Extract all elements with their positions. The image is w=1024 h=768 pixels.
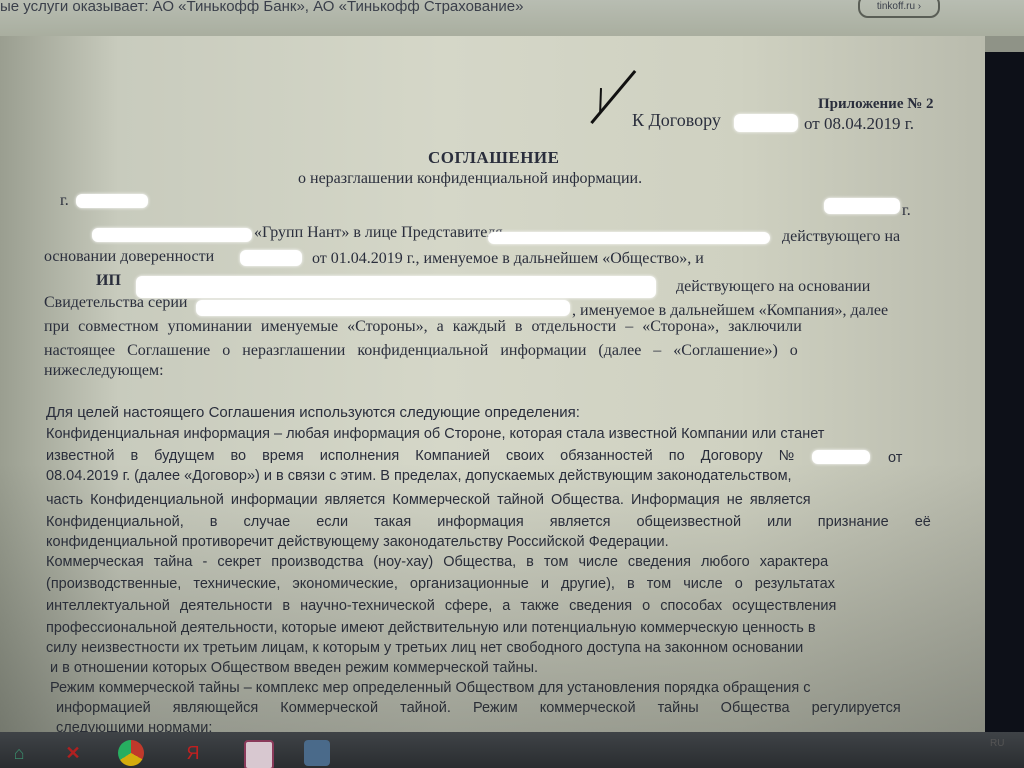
document-subtitle: о неразглашении конфиденциальной информа…	[298, 170, 642, 188]
party-line-4: Свидетельства серии	[44, 294, 187, 312]
party-line-1b: действующего на	[782, 228, 900, 246]
tinkoff-link[interactable]: tinkoff.ru ›	[858, 0, 940, 18]
document-page: Приложение № 2 К Договору от 08.04.2019 …	[0, 36, 985, 748]
contract-ref-date: от 08.04.2019 г.	[804, 114, 914, 134]
redaction	[136, 276, 656, 298]
banner-text: ые услуги оказывает: АО «Тинькофф Банк»,…	[0, 0, 523, 15]
redaction	[240, 250, 302, 266]
trade-line-4: профессиональной деятельности, которые и…	[46, 620, 816, 636]
taskbar: ⌂ ✕ Я RU	[0, 732, 1024, 768]
chrome-icon[interactable]	[118, 740, 144, 766]
redaction	[812, 450, 870, 464]
trade-line-6: и в отношении которых Обществом введен р…	[50, 660, 538, 676]
conf-line-6: конфиденциальной противоречит действующе…	[46, 534, 669, 550]
city-prefix: г.	[60, 192, 69, 210]
redaction	[824, 198, 900, 214]
conf-line-2: известной в будущем во время исполнения …	[46, 448, 794, 464]
pen-mark	[590, 70, 636, 124]
party-line-7: нижеследующем:	[44, 362, 164, 380]
party-line-2: основании доверенности	[44, 248, 214, 266]
party-line-6: настоящее Соглашение о неразглашении кон…	[44, 342, 914, 360]
party-ip: ИП	[96, 272, 121, 290]
conf-line-4: часть Конфиденциальной информации являет…	[46, 492, 811, 508]
conf-line-5: Конфиденциальной, в случае если такая ин…	[46, 514, 931, 530]
regime-line-1: Режим коммерческой тайны – комплекс мер …	[50, 680, 811, 696]
start-icon[interactable]: ⌂	[6, 740, 32, 766]
redaction	[92, 228, 252, 242]
document-title: СОГЛАШЕНИЕ	[428, 148, 560, 168]
appendix-label: Приложение № 2	[818, 96, 934, 113]
screen-edge	[985, 36, 1024, 52]
definitions-intro: Для целей настоящего Соглашения использу…	[46, 404, 580, 421]
date-suffix: г.	[902, 202, 911, 220]
conf-line-1: Конфиденциальная информация – любая инфо…	[46, 426, 824, 442]
mail-icon[interactable]	[244, 740, 274, 768]
trade-line-3: интеллектуальной деятельности в научно-т…	[46, 598, 836, 614]
close-icon[interactable]: ✕	[60, 740, 86, 766]
party-line-1: «Групп Нант» в лице Представителя	[254, 224, 503, 242]
document-body: Приложение № 2 К Договору от 08.04.2019 …	[0, 36, 985, 748]
trade-line-2: (производственные, технические, экономич…	[46, 576, 835, 592]
window-icon[interactable]	[304, 740, 330, 766]
party-line-2b: от 01.04.2019 г., именуемое в дальнейшем…	[312, 250, 704, 268]
redaction	[196, 300, 570, 316]
regime-line-2: информацией являющейся Коммерческой тайн…	[56, 700, 901, 716]
conf-line-2b: от	[888, 450, 902, 466]
party-line-3: действующего на основании	[676, 278, 870, 296]
redaction	[76, 194, 148, 208]
screen-bezel	[985, 52, 1024, 732]
browser-banner: ые услуги оказывает: АО «Тинькофф Банк»,…	[0, 0, 1024, 36]
redaction	[488, 232, 770, 244]
yandex-icon[interactable]: Я	[180, 740, 206, 766]
trade-line-1: Коммерческая тайна - секрет производства…	[46, 554, 828, 570]
trade-line-5: силу неизвестности их третьим лицам, к к…	[46, 640, 803, 656]
party-line-5: при совместном упоминании именуемые «Сто…	[44, 318, 914, 336]
contract-ref-prefix: К Договору	[632, 110, 721, 131]
tray-language[interactable]: RU	[990, 738, 1004, 749]
conf-line-3: 08.04.2019 г. (далее «Договор») и в связ…	[46, 468, 792, 484]
redaction	[734, 114, 798, 132]
